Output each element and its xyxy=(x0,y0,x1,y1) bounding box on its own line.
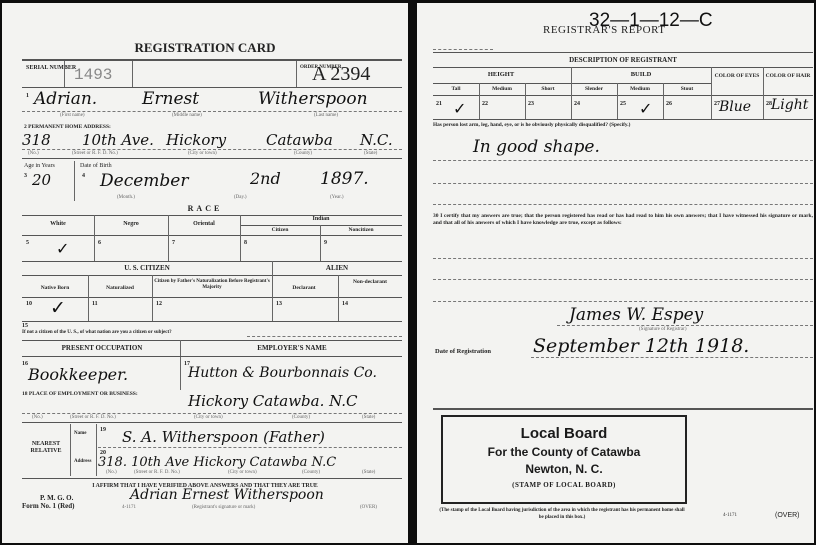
race-indian-noncitizen-header: Noncitizen xyxy=(320,227,402,233)
field-number: 7 xyxy=(172,240,175,246)
age-label: Age in Years xyxy=(24,163,55,169)
divider xyxy=(180,340,181,390)
race-indian-citizen-header: Citizen xyxy=(240,227,320,233)
divider xyxy=(22,235,402,236)
relative-street-label: (Street or R. F. D. No.) xyxy=(134,470,180,475)
registration-card-front: REGISTRATION CARD SERIAL NUMBER 1493 ORD… xyxy=(2,3,408,543)
first-name: Adrian. xyxy=(34,89,97,109)
employment-city-label: (City or town) xyxy=(194,415,223,420)
address-city: Hickory xyxy=(166,131,226,149)
divider xyxy=(663,83,664,119)
dob-day-label: (Day.) xyxy=(234,195,247,200)
divider xyxy=(433,258,813,259)
field-number: 15 xyxy=(22,323,28,329)
field-number: 6 xyxy=(98,240,101,246)
field-number: 22 xyxy=(482,101,488,107)
field-number: 4 xyxy=(82,173,85,179)
q29-question: Has person lost arm, leg, hand, eye, or … xyxy=(433,122,813,129)
dob-year: 1897. xyxy=(320,169,369,189)
divider xyxy=(433,67,813,68)
local-board-stamp: Local Board For the County of Catawba Ne… xyxy=(441,415,687,504)
address-street: 10th Ave. xyxy=(82,131,154,149)
divider xyxy=(433,204,813,205)
divider xyxy=(64,61,65,87)
height-short-header: Short xyxy=(525,86,571,92)
relative-city-label: (City or town) xyxy=(228,470,257,475)
report-code: 32—1—12—C xyxy=(589,10,713,32)
divider xyxy=(22,275,402,276)
employment-street-label: (Street or R. F. D. No.) xyxy=(70,415,116,420)
divider xyxy=(22,261,402,262)
divider xyxy=(338,275,339,321)
divider xyxy=(74,161,75,201)
employment-no-label: (No.) xyxy=(32,415,43,420)
employment-county-label: (County) xyxy=(292,415,310,420)
divider xyxy=(98,447,402,448)
divider xyxy=(168,215,169,261)
hair-color-value: Light xyxy=(771,97,808,113)
us-citizen-title: U. S. CITIZEN xyxy=(22,264,272,272)
divider xyxy=(240,215,241,261)
age-value: 20 xyxy=(32,171,51,189)
field-number: 9 xyxy=(324,240,327,246)
divider xyxy=(272,261,273,321)
build-slender-header: Slender xyxy=(571,86,617,92)
divider xyxy=(617,83,618,119)
race-title: RACE xyxy=(2,204,408,213)
registration-date-label: Date of Registration xyxy=(435,348,491,355)
q29-answer: In good shape. xyxy=(473,137,600,157)
relative-state-label: (State) xyxy=(362,470,375,475)
divider xyxy=(247,336,402,337)
field-number: 8 xyxy=(244,240,247,246)
divider xyxy=(433,83,711,84)
dob-day: 2nd xyxy=(250,169,281,188)
stamp-line2: For the County of Catawba xyxy=(443,445,685,459)
eye-color-value: Blue xyxy=(719,99,751,115)
registration-date-value: September 12th 1918. xyxy=(533,335,749,357)
divider xyxy=(240,225,402,226)
field-number: 26 xyxy=(666,101,672,107)
over-note: (OVER) xyxy=(775,512,800,519)
registrar-signature: James W. Espey xyxy=(569,305,703,325)
divider xyxy=(763,67,764,119)
divider xyxy=(22,478,402,479)
dob-label: Date of Birth xyxy=(80,163,112,169)
divider xyxy=(22,158,402,159)
form-code: 4-1171 xyxy=(122,505,136,510)
field-number: 21 xyxy=(436,101,442,107)
home-address-label: 2 PERMANENT HOME ADDRESS: xyxy=(24,124,111,130)
divider xyxy=(320,225,321,261)
field-number: 3 xyxy=(24,173,27,179)
divider xyxy=(22,422,402,423)
divider xyxy=(571,67,572,119)
stamp-note: (The stamp of the Local Board having jur… xyxy=(437,507,687,521)
field-number: 1 xyxy=(26,93,29,99)
divider xyxy=(88,275,89,321)
description-title: DESCRIPTION OF REGISTRANT xyxy=(433,56,813,64)
race-negro-header: Negro xyxy=(94,221,168,227)
divider xyxy=(433,95,813,96)
field-number: 25 xyxy=(620,101,626,107)
build-medium-checkmark: ✓ xyxy=(639,99,652,118)
divider xyxy=(22,340,402,341)
form-number: Form No. 1 (Red) xyxy=(22,502,75,510)
divider xyxy=(70,424,71,476)
divider xyxy=(22,321,402,322)
signature-label: (Registrant's signature or mark) xyxy=(192,505,255,510)
address-state-label: (State) xyxy=(364,151,377,156)
address-state: N.C. xyxy=(360,131,393,149)
form-code: 4-1171 xyxy=(723,513,737,518)
naturalized-header: Naturalized xyxy=(88,285,152,291)
divider xyxy=(531,357,813,358)
divider xyxy=(479,83,480,119)
divider xyxy=(22,149,402,150)
height-tall-checkmark: ✓ xyxy=(453,99,466,118)
field-number: 14 xyxy=(342,301,348,307)
divider xyxy=(132,61,133,87)
divider xyxy=(433,301,813,302)
registrant-signature: Adrian Ernest Witherspoon xyxy=(130,487,324,503)
divider xyxy=(22,87,402,88)
citizen-by-father-header: Citizen by Father's Naturalization Befor… xyxy=(154,279,270,291)
serial-number-value: 1493 xyxy=(74,66,112,84)
hair-color-header: COLOR OF HAIR xyxy=(763,73,813,79)
divider xyxy=(525,83,526,119)
stamp-line1: Local Board xyxy=(443,425,685,442)
relative-address-label: Address xyxy=(74,459,91,464)
height-tall-header: Tall xyxy=(433,86,479,92)
divider xyxy=(22,297,402,298)
first-name-label: (First name) xyxy=(60,113,85,118)
address-street-label: (Street or R. F. D. No.) xyxy=(72,151,118,156)
divider xyxy=(22,356,402,357)
dob-month: December xyxy=(100,171,188,191)
build-stout-header: Stout xyxy=(663,86,711,92)
employment-place-value: Hickory Catawba. N.C xyxy=(188,392,358,410)
employer-value: Hutton & Bourbonnais Co. xyxy=(188,365,377,381)
address-county: Catawba xyxy=(266,131,333,149)
address-no-label: (No.) xyxy=(28,151,39,156)
divider xyxy=(433,52,813,53)
employment-place-label: 18 PLACE OF EMPLOYMENT OR BUSINESS: xyxy=(22,391,138,397)
non-declarant-header: Non-declarant xyxy=(338,279,402,286)
divider xyxy=(94,215,95,261)
height-medium-header: Medium xyxy=(479,86,525,92)
stamp-line3: Newton, N. C. xyxy=(443,462,685,476)
field-number: 23 xyxy=(528,101,534,107)
relative-no-label: (No.) xyxy=(106,470,117,475)
race-white-checkmark: ✓ xyxy=(56,239,69,258)
relative-name-label: Name xyxy=(74,431,87,436)
field-number: 13 xyxy=(276,301,282,307)
divider xyxy=(711,67,712,119)
field-number: 12 xyxy=(156,301,162,307)
race-white-header: White xyxy=(22,221,94,227)
field-number: 24 xyxy=(574,101,580,107)
employer-header: EMPLOYER'S NAME xyxy=(182,344,402,352)
field-number: 11 xyxy=(92,301,98,307)
race-indian-header: Indian xyxy=(240,216,402,222)
address-city-label: (City or town) xyxy=(188,151,217,156)
field-number: 19 xyxy=(100,427,106,433)
native-born-checkmark: ✓ xyxy=(50,297,66,319)
build-medium-header: Medium xyxy=(617,86,663,92)
divider xyxy=(152,275,153,321)
race-oriental-header: Oriental xyxy=(168,221,240,227)
last-name-label: (Last name) xyxy=(314,113,338,118)
build-header: BUILD xyxy=(571,71,711,78)
relative-county-label: (County) xyxy=(302,470,320,475)
divider xyxy=(433,119,813,120)
occupation-value: Bookkeeper. xyxy=(28,365,128,384)
last-name: Witherspoon xyxy=(258,89,368,109)
stamp-line4: (STAMP OF LOCAL BOARD) xyxy=(443,481,685,489)
card-title: REGISTRATION CARD xyxy=(2,40,408,56)
divider xyxy=(433,183,813,184)
order-number-value: A 2394 xyxy=(312,63,370,86)
native-born-header: Native Born xyxy=(22,285,88,291)
occupation-header: PRESENT OCCUPATION xyxy=(22,344,182,352)
divider xyxy=(433,279,813,280)
divider xyxy=(96,424,97,476)
alien-title: ALIEN xyxy=(272,264,402,272)
middle-name-label: (Middle name) xyxy=(172,113,202,118)
over-note: (OVER) xyxy=(360,505,377,510)
declarant-header: Declarant xyxy=(272,285,336,291)
field-number: 10 xyxy=(26,301,32,307)
dob-year-label: (Year.) xyxy=(330,195,344,200)
divider xyxy=(433,160,813,161)
q15-question: If not a citizen of the U. S., of what n… xyxy=(22,330,172,335)
middle-name: Ernest xyxy=(142,89,199,109)
relative-address-value: 318. 10th Ave Hickory Catawba N.C xyxy=(98,455,336,470)
eye-color-header: COLOR OF EYES xyxy=(711,73,763,79)
registration-card-back: REGISTRAR'S REPORT 32—1—12—C DESCRIPTION… xyxy=(417,3,814,543)
serial-number-label: SERIAL NUMBER xyxy=(26,65,64,72)
q30-certification: 30 I certify that my answers are true; t… xyxy=(433,213,813,227)
employment-state-label: (State) xyxy=(362,415,375,420)
divider xyxy=(22,59,402,61)
divider xyxy=(557,325,813,326)
registrar-signature-label: (Signature of Registrar) xyxy=(639,327,687,332)
divider xyxy=(433,408,813,410)
nearest-relative-label: NEAREST RELATIVE xyxy=(24,441,68,455)
relative-name-value: S. A. Witherspoon (Father) xyxy=(122,428,325,446)
form-pmgo: P. M. G. O. xyxy=(40,494,73,502)
divider xyxy=(296,61,297,87)
divider xyxy=(433,49,493,50)
height-header: HEIGHT xyxy=(433,71,569,78)
divider xyxy=(22,413,402,414)
address-no: 318 xyxy=(22,131,51,149)
field-number: 5 xyxy=(26,240,29,246)
address-county-label: (County) xyxy=(294,151,312,156)
divider xyxy=(22,111,402,112)
dob-month-label: (Month.) xyxy=(117,195,135,200)
